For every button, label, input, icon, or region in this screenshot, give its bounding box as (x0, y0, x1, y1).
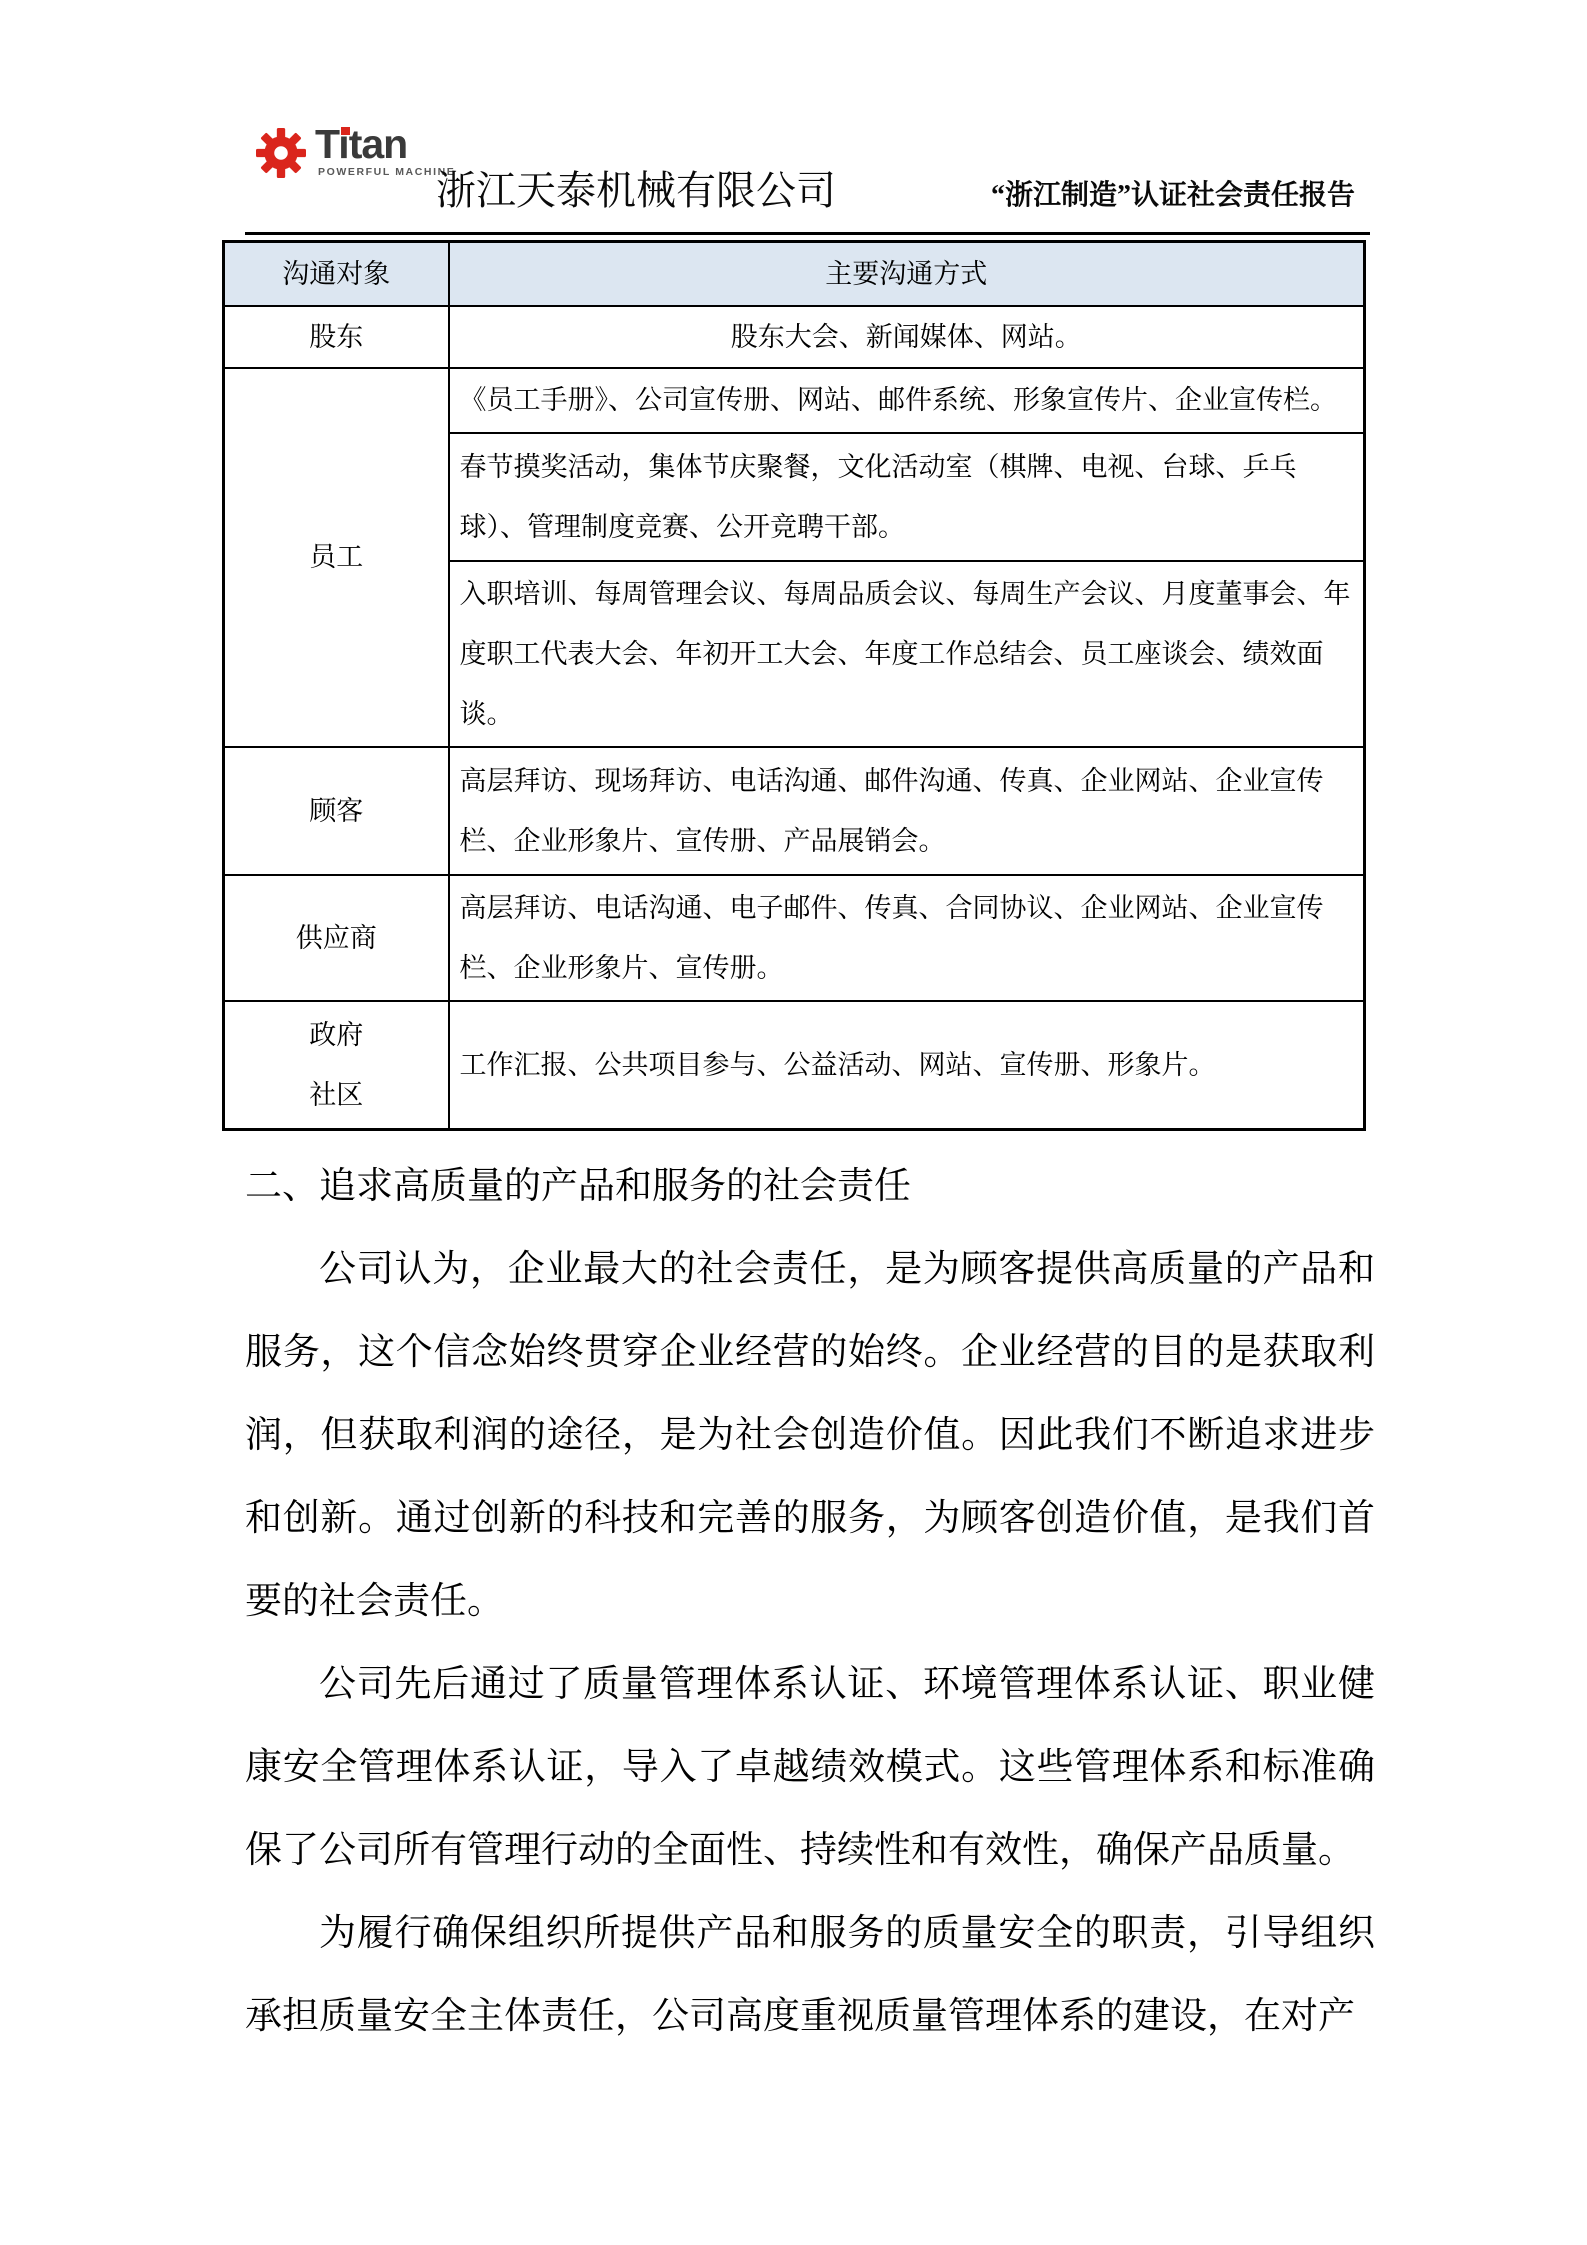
brand-red-dot (341, 127, 350, 135)
row-methods-employees-2: 春节摸奖活动，集体节庆聚餐，文化活动室（棋牌、电视、台球、乒乓球）、管理制度竞赛… (449, 433, 1365, 561)
table-row-suppliers: 供应商 高层拜访、电话沟通、电子邮件、传真、合同协议、企业网站、企业宣传栏、企业… (224, 875, 1365, 1001)
section-heading: 二、追求高质量的产品和服务的社会责任 (245, 1145, 1375, 1228)
report-title: “浙江制造”认证社会责任报告 (991, 173, 1355, 213)
column-header-target: 沟通对象 (224, 242, 449, 306)
brand-word: Titan (315, 121, 407, 167)
paragraph-1: 公司认为，企业最大的社会责任，是为顾客提供高质量的产品和服务，这个信念始终贯穿企… (245, 1228, 1375, 1643)
column-header-methods: 主要沟通方式 (449, 242, 1365, 306)
row-methods-shareholders: 股东大会、新闻媒体、网站。 (449, 306, 1365, 368)
row-label-suppliers: 供应商 (224, 875, 449, 1001)
header-rule (245, 232, 1370, 235)
row-label-shareholders: 股东 (224, 306, 449, 368)
row-label-customers: 顾客 (224, 747, 449, 875)
row-methods-customers: 高层拜访、现场拜访、电话沟通、邮件沟通、传真、企业网站、企业宣传栏、企业形象片、… (449, 747, 1365, 875)
brand-tagline: POWERFUL MACHINE (318, 166, 455, 178)
table-row-customers: 顾客 高层拜访、现场拜访、电话沟通、邮件沟通、传真、企业网站、企业宣传栏、企业形… (224, 747, 1365, 875)
section-body: 二、追求高质量的产品和服务的社会责任 公司认为，企业最大的社会责任，是为顾客提供… (245, 1145, 1375, 2058)
paragraph-3: 为履行确保组织所提供产品和服务的质量安全的职责，引导组织承担质量安全主体责任，公… (245, 1892, 1375, 2058)
row-label-employees: 员工 (224, 368, 449, 747)
report-page: Titan POWERFUL MACHINE 浙江天泰机械有限公司 “浙江制造”… (0, 0, 1587, 2245)
company-name: 浙江天泰机械有限公司 (436, 169, 836, 213)
brand-logo-text: Titan (315, 124, 407, 165)
paragraph-2: 公司先后通过了质量管理体系认证、环境管理体系认证、职业健康安全管理体系认证，导入… (245, 1643, 1375, 1892)
communication-table-wrapper: 沟通对象 主要沟通方式 股东 股东大会、新闻媒体、网站。 员工 《员工手册》、公… (222, 240, 1366, 1131)
table-row-shareholders: 股东 股东大会、新闻媒体、网站。 (224, 306, 1365, 368)
row-methods-employees-1: 《员工手册》、公司宣传册、网站、邮件系统、形象宣传片、企业宣传栏。 (449, 368, 1365, 433)
communication-table: 沟通对象 主要沟通方式 股东 股东大会、新闻媒体、网站。 员工 《员工手册》、公… (222, 240, 1366, 1131)
row-methods-employees-3: 入职培训、每周管理会议、每周品质会议、每周生产会议、月度董事会、年度职工代表大会… (449, 561, 1365, 747)
table-row-employees-1: 员工 《员工手册》、公司宣传册、网站、邮件系统、形象宣传片、企业宣传栏。 (224, 368, 1365, 433)
row-methods-suppliers: 高层拜访、电话沟通、电子邮件、传真、合同协议、企业网站、企业宣传栏、企业形象片、… (449, 875, 1365, 1001)
row-label-government-community: 政府 社区 (224, 1001, 449, 1130)
table-header-row: 沟通对象 主要沟通方式 (224, 242, 1365, 306)
row-methods-government-community: 工作汇报、公共项目参与、公益活动、网站、宣传册、形象片。 (449, 1001, 1365, 1130)
table-row-government-community: 政府 社区 工作汇报、公共项目参与、公益活动、网站、宣传册、形象片。 (224, 1001, 1365, 1130)
gear-logo-icon (256, 128, 306, 178)
